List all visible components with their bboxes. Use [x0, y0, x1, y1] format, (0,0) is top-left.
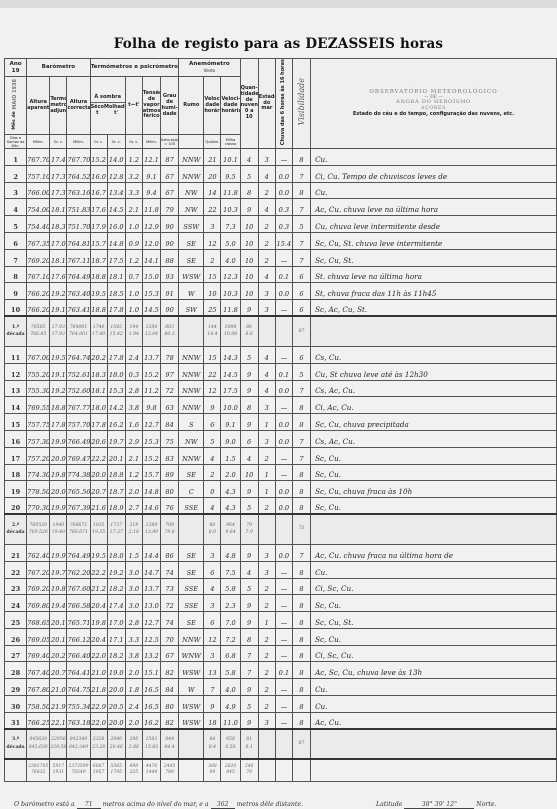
col-vel-km: Veloci-dade horária	[204, 77, 221, 135]
day-cell: 31	[5, 712, 27, 729]
cell-mar: 2	[258, 447, 275, 464]
cell-molh: 17.4	[107, 595, 125, 612]
decade-cell: 67	[292, 316, 310, 346]
cell-dif: 1.5	[125, 544, 142, 561]
cell-seco: 20.0	[90, 464, 107, 481]
totals-cell: 2620845	[221, 759, 240, 781]
cell-visib: 8	[292, 662, 310, 679]
decade-label: 1.ª década	[5, 316, 27, 346]
cell-alt-cor: 764.41	[67, 662, 90, 679]
cell-alt-cor: 763.16	[67, 182, 90, 199]
cell-seco: 18.1	[90, 380, 107, 397]
cell-term: 17.3	[50, 165, 67, 182]
cell-vel-mi: 6.8	[221, 645, 240, 662]
cell-nuvens: 4	[240, 447, 258, 464]
cell-rumo: SSW	[179, 216, 204, 233]
cell-nuvens: 5	[240, 696, 258, 713]
totals-cell	[275, 759, 292, 781]
cell-vel-mi: 1.5	[221, 447, 240, 464]
cell-molh: 14.2	[107, 397, 125, 414]
cell-dif: 0.7	[125, 266, 142, 283]
cell-chuva: 0.0	[275, 430, 292, 447]
cell-rumo: SSE	[179, 578, 204, 595]
cell-seco: 16.7	[90, 182, 107, 199]
cell-mar: 2	[258, 182, 275, 199]
observation-cell: Sc, Cu, St.	[311, 249, 557, 266]
cell-humid: 70	[161, 628, 179, 645]
cell-vel-km: 18	[204, 712, 221, 729]
cell-term: 19.9	[50, 544, 67, 561]
table-row: 9766.2019.2763.4019.518.51.015.391W1010.…	[5, 283, 557, 300]
cell-dif: 3.0	[125, 578, 142, 595]
cell-molh: 20.5	[107, 696, 125, 713]
latitude: Latitude 38° 39' 12" Norte.	[376, 801, 497, 809]
cell-humid: 74	[161, 612, 179, 629]
cell-mar: 2	[258, 216, 275, 233]
cell-seco: 15.7	[90, 232, 107, 249]
col-altura-aparente: Altura aparente	[27, 77, 50, 135]
decade-cell: 22956229.56	[50, 729, 67, 759]
cell-tensao: 12.5	[142, 628, 160, 645]
cell-tensao: 15.2	[142, 447, 160, 464]
cell-rumo: NNW	[179, 397, 204, 414]
cell-alt-ap: 770.30	[27, 498, 50, 515]
cell-vel-mi: 12.3	[221, 266, 240, 283]
day-cell: 30	[5, 696, 27, 713]
cell-mar: 3	[258, 397, 275, 414]
cell-chuva: 0.3	[275, 199, 292, 216]
cell-tensao: 13.7	[142, 578, 160, 595]
cell-rumo: NNW	[179, 148, 204, 165]
cell-vel-mi: 10.0	[221, 397, 240, 414]
cell-tensao: 9.8	[142, 397, 160, 414]
cell-humid: 84	[161, 679, 179, 696]
col-diff: t—t'	[125, 77, 142, 135]
day-cell: 1	[5, 148, 27, 165]
col-vel-mi: Veloci-dade horária	[221, 77, 240, 135]
cell-term: 17.8	[50, 414, 67, 431]
table-row: 26769.0520.1766.1220.417.13.312.570NNW12…	[5, 628, 557, 645]
decade-cell: 769520769.520	[27, 514, 50, 544]
cell-seco: 19.5	[90, 544, 107, 561]
cell-visib: 8	[292, 645, 310, 662]
cell-rumo: NNW	[179, 628, 204, 645]
cell-rumo: S	[179, 414, 204, 431]
cell-tensao: 9.1	[142, 165, 160, 182]
cell-mar: 3	[258, 283, 275, 300]
cell-chuva: 0.3	[275, 216, 292, 233]
cell-chuva: —	[275, 447, 292, 464]
observation-cell: Ac, Cu. chuva leve na última hora	[311, 199, 557, 216]
cell-nuvens: 5	[240, 346, 258, 363]
cell-alt-cor: 764.49	[67, 544, 90, 561]
cell-chuva: —	[275, 595, 292, 612]
observation-cell: Cs, Ac, Cu.	[311, 380, 557, 397]
cell-chuva: 0.0	[275, 498, 292, 515]
latitude-value: 38° 39' 12"	[404, 801, 474, 809]
observation-cell: Sc, Cu.	[311, 498, 557, 515]
decade-obs	[311, 316, 557, 346]
cell-humid: 79	[161, 199, 179, 216]
cell-seco: 21.0	[90, 662, 107, 679]
cell-vel-mi: 11.8	[221, 300, 240, 317]
title-suffix: horas	[400, 36, 443, 52]
decade-cell: 2862.86	[125, 729, 142, 759]
cell-alt-cor: 764.81	[67, 232, 90, 249]
cell-tensao: 11.2	[142, 380, 160, 397]
cell-nuvens: 4	[240, 148, 258, 165]
cell-vel-mi: 10.3	[221, 283, 240, 300]
cell-vel-km: 14	[204, 182, 221, 199]
cell-alt-cor: 766.40	[67, 645, 90, 662]
cell-visib: 7	[292, 199, 310, 216]
cell-vel-km: 6	[204, 414, 221, 431]
cell-humid: 86	[161, 544, 179, 561]
decade-cell: 173717.37	[107, 514, 125, 544]
cell-mar: 3	[258, 430, 275, 447]
cell-seco: 17.6	[90, 199, 107, 216]
table-row: 27769.4020.2766.4022.018.23.813.267WNW36…	[5, 645, 557, 662]
cell-alt-ap: 767.40	[27, 662, 50, 679]
table-row: 18774.3019.8774.3820.018.81.215.789SE22.…	[5, 464, 557, 481]
cell-humid: 89	[161, 464, 179, 481]
observatory-stamp: OBSERVATÓRIO METEOROLÓGICO — DE — ANGRA …	[311, 89, 556, 111]
cell-alt-cor: 752.60	[67, 380, 90, 397]
day-cell: 16	[5, 430, 27, 447]
observation-cell: Ci, Cu. Tempo de chuviscos leves de	[311, 165, 557, 182]
decade-cell: 797.9	[240, 514, 258, 544]
cell-humid: 76	[161, 498, 179, 515]
cell-vel-km: 3	[204, 216, 221, 233]
cell-alt-cor: 766.58	[67, 595, 90, 612]
unit: Quilóm.	[204, 135, 221, 148]
cell-molh: 14.0	[107, 148, 125, 165]
cell-vel-mi: 11.0	[221, 712, 240, 729]
table-row: 24769.8019.4766.5820.417.43.013.072SSE32…	[5, 595, 557, 612]
cell-dif: 0.9	[125, 232, 142, 249]
cell-molh: 19.0	[107, 662, 125, 679]
unit: Milím.	[67, 135, 90, 148]
cell-rumo: NW	[179, 182, 204, 199]
decade-summary-row: 2.ª década769520769.520194019.4076667176…	[5, 514, 557, 544]
unit	[179, 135, 204, 148]
cell-vel-km: 22	[204, 363, 221, 380]
cell-humid: 67	[161, 165, 179, 182]
table-row: 23769.2019.8767.6021.218.23.013.773SSE45…	[5, 578, 557, 595]
unit: Gr. c.	[50, 135, 67, 148]
cell-dif: 1.6	[125, 414, 142, 431]
cell-vel-km: 4	[204, 447, 221, 464]
day-cell: 23	[5, 578, 27, 595]
cell-humid: 88	[161, 249, 179, 266]
day-cell: 10	[5, 300, 27, 317]
cell-rumo: SW	[179, 300, 204, 317]
cell-molh: 18.2	[107, 578, 125, 595]
cell-rumo: SE	[179, 544, 204, 561]
day-cell: 19	[5, 481, 27, 498]
register-table: Ano19 Barómetro Termómetros e psicrómetr…	[4, 58, 557, 782]
observation-cell: Ci, Sc, Cu.	[311, 578, 557, 595]
decade-cell: 766671766.671	[67, 514, 90, 544]
cell-chuva: 0.0	[275, 182, 292, 199]
table-row: 10766.2019.1763.4118.817.81.014.590SW251…	[5, 300, 557, 317]
cell-rumo: NNW	[179, 346, 204, 363]
day-cell: 2	[5, 165, 27, 182]
cell-alt-ap: 767.80	[27, 679, 50, 696]
observation-cell: Cu, St chuva leve até às 12h30	[311, 363, 557, 380]
cell-vel-km: 6	[204, 561, 221, 578]
sea-header: Estado do mar	[258, 59, 275, 149]
cell-alt-ap: 755.30	[27, 380, 50, 397]
cell-alt-cor: 764.52	[67, 165, 90, 182]
decade-cell: 764001764.001	[67, 316, 90, 346]
thermometers-header: Termómetros e psicrómetro	[90, 59, 179, 77]
day-cell: 9	[5, 283, 27, 300]
state-label: Estado do céu e do tempo, configuração d…	[311, 112, 556, 118]
cell-nuvens: 9	[240, 481, 258, 498]
cell-molh: 18.5	[107, 283, 125, 300]
table-row: 1767.7017.4767.7015.214.01.212.187NNW211…	[5, 148, 557, 165]
decade-label: 2.ª década	[5, 514, 27, 544]
cell-rumo: SE	[179, 612, 204, 629]
cell-visib: 6	[292, 346, 310, 363]
cell-chuva: 0.1	[275, 363, 292, 380]
cell-rumo: NW	[179, 430, 204, 447]
cell-alt-cor: 774.38	[67, 464, 90, 481]
cell-visib: 7	[292, 544, 310, 561]
cell-molh: 18.7	[107, 481, 125, 498]
cell-visib: 8	[292, 612, 310, 629]
cell-seco: 18.0	[90, 397, 107, 414]
cell-alt-ap: 767.20	[27, 561, 50, 578]
cell-alt-ap: 778.50	[27, 481, 50, 498]
cell-mar: 2	[258, 595, 275, 612]
cell-alt-cor: 765.56	[67, 481, 90, 498]
cell-dif: 1.2	[125, 464, 142, 481]
observation-cell: Ci, Ac, Cu.	[311, 397, 557, 414]
cell-vel-mi: 11.8	[221, 182, 240, 199]
cell-seco: 22.0	[90, 712, 107, 729]
cell-visib: 8	[292, 397, 310, 414]
unit: Gr. c.	[125, 135, 142, 148]
unit: Saturação = 100	[161, 135, 179, 148]
cell-alt-ap: 774.30	[27, 464, 50, 481]
cell-rumo: NW	[179, 199, 204, 216]
cell-visib: 7	[292, 380, 310, 397]
cell-molh: 20.1	[107, 447, 125, 464]
cell-mar: 4	[258, 380, 275, 397]
unit: Milím.	[27, 135, 50, 148]
cell-chuva: 0.0	[275, 380, 292, 397]
day-cell: 27	[5, 645, 27, 662]
cell-dif: 2.8	[125, 380, 142, 397]
cell-humid: 67	[161, 182, 179, 199]
cell-chuva: —	[275, 645, 292, 662]
cell-term: 19.8	[50, 464, 67, 481]
decade-cell: 120412.04	[142, 316, 160, 346]
cell-seco: 20.2	[90, 346, 107, 363]
cell-vel-km: 15	[204, 346, 221, 363]
day-cell: 22	[5, 561, 27, 578]
decade-cell: 76585766.85	[27, 316, 50, 346]
cell-alt-ap: 769.05	[27, 628, 50, 645]
cell-alt-ap: 754.00	[27, 199, 50, 216]
cell-vel-mi: 9.0	[221, 430, 240, 447]
anemometer-header: AnemómetroVento	[179, 59, 240, 77]
cell-dif: 1.0	[125, 300, 142, 317]
cell-chuva: —	[275, 346, 292, 363]
cell-dif: 3.3	[125, 182, 142, 199]
cell-term: 19.9	[50, 430, 67, 447]
cell-humid: 63	[161, 397, 179, 414]
cell-visib: 8	[292, 578, 310, 595]
unit: Gr. c.	[107, 135, 125, 148]
cell-chuva: 0.0	[275, 165, 292, 182]
cell-vel-mi: 2.0	[221, 464, 240, 481]
cell-molh: 14.8	[107, 232, 125, 249]
cell-tensao: 14.7	[142, 561, 160, 578]
cell-vel-mi: 5.8	[221, 578, 240, 595]
table-row: 21762.4019.9764.4919.518.01.514.486SE34.…	[5, 544, 557, 561]
decade-cell	[275, 729, 292, 759]
baro-height: 71	[77, 801, 101, 809]
cell-vel-mi: 5.0	[221, 232, 240, 249]
observation-cell: Sc, Cu, chuva precipitada	[311, 414, 557, 431]
table-row: 13755.3019.2752.6018.115.32.811.272NNW12…	[5, 380, 557, 397]
day-cell: 24	[5, 595, 27, 612]
cell-seco: 20.4	[90, 595, 107, 612]
observation-cell: Sc, Cu.	[311, 628, 557, 645]
table-row: 11767.0019.5764.7420.217.82.413.778NNW15…	[5, 346, 557, 363]
decade-cell: 193519.35	[90, 514, 107, 544]
cell-mar: 1	[258, 414, 275, 431]
cell-rumo: SE	[179, 249, 204, 266]
cell-visib: 5	[292, 363, 310, 380]
cell-term: 19.1	[50, 363, 67, 380]
observation-cell: Ci, Sc, Cu.	[311, 645, 557, 662]
cell-vel-mi: 7.0	[221, 612, 240, 629]
decade-cell: 842349842.349	[67, 729, 90, 759]
totals-cell	[258, 759, 275, 781]
cell-alt-cor: 763.41	[67, 300, 90, 317]
cell-mar: 2	[258, 578, 275, 595]
cell-humid: 83	[161, 447, 179, 464]
observation-cell: Sc, Cu, St.	[311, 612, 557, 629]
cell-molh: 16.0	[107, 216, 125, 233]
cell-seco: 22.2	[90, 447, 107, 464]
cell-tensao: 12.9	[142, 216, 160, 233]
day-cell: 4	[5, 199, 27, 216]
table-row: 29767.8021.0764.7521.820.01.816.584W74.0…	[5, 679, 557, 696]
cell-visib: 8	[292, 464, 310, 481]
cell-term: 21.9	[50, 696, 67, 713]
cell-dif: 1.2	[125, 249, 142, 266]
cell-nuvens: 4	[240, 561, 258, 578]
title-hour: DEZASSEIS	[305, 36, 395, 52]
observation-cell: St. chuva leve na última hora	[311, 266, 557, 283]
cell-chuva: —	[275, 397, 292, 414]
cell-chuva: 0.0	[275, 414, 292, 431]
cell-visib: 8	[292, 498, 310, 515]
table-row: 14769.5518.8767.7718.014.23.89.863NNW910…	[5, 397, 557, 414]
cell-term: 20.1	[50, 628, 67, 645]
clouds-header: Quan-tidade de nuvens 0 a 10	[240, 59, 258, 149]
cell-visib: 7	[292, 430, 310, 447]
cell-nuvens: 7	[240, 662, 258, 679]
cell-alt-ap: 766.25	[27, 712, 50, 729]
table-row: 16757.3019.9766.4920.619.72.915.375NW59.…	[5, 430, 557, 447]
day-cell: 12	[5, 363, 27, 380]
cell-chuva: —	[275, 561, 292, 578]
cell-molh: 13.4	[107, 182, 125, 199]
cell-vel-km: 4	[204, 498, 221, 515]
cell-vel-km: 7	[204, 679, 221, 696]
table-row: 15757.7517.8757.7017.816.21.612.784S69.1…	[5, 414, 557, 431]
cell-term: 22.1	[50, 712, 67, 729]
barometer-header: Barómetro	[27, 59, 90, 77]
totals-obs	[311, 759, 557, 781]
cell-alt-ap: 769.80	[27, 595, 50, 612]
cell-tensao: 15.3	[142, 283, 160, 300]
decade-cell: 845630845.630	[27, 729, 50, 759]
cell-vel-mi: 9.1	[221, 414, 240, 431]
cell-dif: 3.8	[125, 397, 142, 414]
cell-rumo: WSW	[179, 662, 204, 679]
totals-cell: 238170576832	[27, 759, 50, 781]
table-row: 22767.2019.7762.2022.219.23.014.774SE67.…	[5, 561, 557, 578]
decade-cell: 80380.3	[161, 316, 179, 346]
day-cell: 15	[5, 414, 27, 431]
cell-mar: 3	[258, 300, 275, 317]
totals-cell: 698225	[125, 759, 142, 781]
decade-cell: 808.0	[204, 514, 221, 544]
cell-rumo: C	[179, 481, 204, 498]
cell-molh: 17.8	[107, 346, 125, 363]
cell-rumo: SE	[179, 232, 204, 249]
cell-tensao: 14.8	[142, 481, 160, 498]
cell-seco: 19.8	[90, 612, 107, 629]
cell-dif: 2.7	[125, 498, 142, 515]
cell-dif: 2.0	[125, 712, 142, 729]
cell-alt-cor: 766.49	[67, 430, 90, 447]
cell-alt-cor: 769.47	[67, 447, 90, 464]
cell-visib: 8	[292, 148, 310, 165]
cell-tensao: 16.5	[142, 679, 160, 696]
cell-mar: 4	[258, 363, 275, 380]
cell-rumo: WSW	[179, 712, 204, 729]
decade-cell	[275, 514, 292, 544]
table-row: 25768.6520.1765.7119.817.02.812.774SE67.…	[5, 612, 557, 629]
cell-alt-cor: 757.70	[67, 414, 90, 431]
visibility-header: Visibilidade	[292, 59, 310, 149]
cell-vel-km: 20	[204, 165, 221, 182]
observation-cell: Sc, Cu.	[311, 447, 557, 464]
observation-cell: Sc, Cu, St. chuva leve intermitente	[311, 232, 557, 249]
rain-header: Chuva das 6 horas às 16 horas	[275, 59, 292, 149]
cell-vel-mi: 4.0	[221, 249, 240, 266]
cell-dif: 2.1	[125, 447, 142, 464]
title-prefix: Folha de registo para as	[114, 36, 301, 52]
cell-alt-cor: 764.74	[67, 346, 90, 363]
day-cell: 7	[5, 249, 27, 266]
cell-seco: 21.2	[90, 578, 107, 595]
cell-mar: 2	[258, 645, 275, 662]
cell-visib: 7	[292, 165, 310, 182]
cell-alt-cor: 763.18	[67, 712, 90, 729]
cell-chuva: 0.0	[275, 283, 292, 300]
cell-rumo: NNW	[179, 363, 204, 380]
cell-alt-ap: 768.65	[27, 612, 50, 629]
